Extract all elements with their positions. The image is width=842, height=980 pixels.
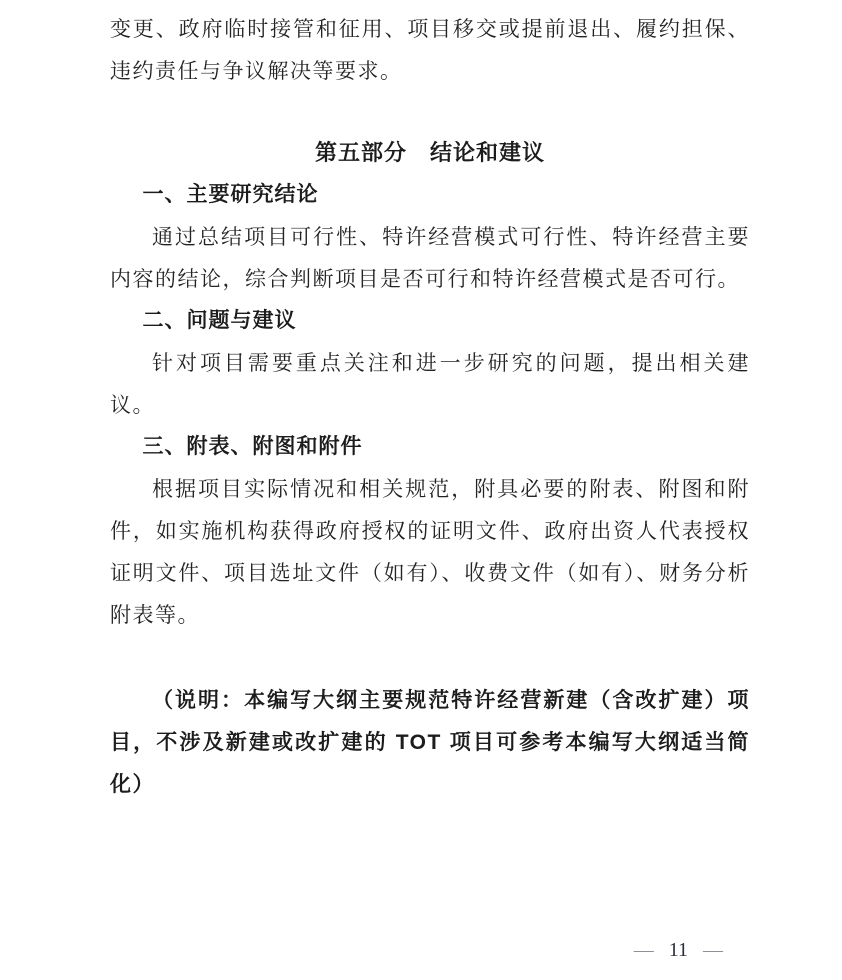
section-body-2: 针对项目需要重点关注和进一步研究的问题，提出相关建议。: [110, 342, 750, 426]
section-heading-1: 一、主要研究结论: [110, 174, 750, 216]
note-paragraph: （说明：本编写大纲主要规范特许经营新建（含改扩建）项目，不涉及新建或改扩建的 T…: [110, 680, 750, 806]
footer-dash-left: —: [634, 939, 654, 961]
section-heading-3: 三、附表、附图和附件: [110, 426, 750, 468]
section-body-1: 通过总结项目可行性、特许经营模式可行性、特许经营主要内容的结论，综合判断项目是否…: [110, 216, 750, 300]
footer-dash-right: —: [703, 939, 723, 961]
document-content: 变更、政府临时接管和征用、项目移交或提前退出、履约担保、违约责任与争议解决等要求…: [110, 8, 750, 806]
section-body-3: 根据项目实际情况和相关规范，附具必要的附表、附图和附件，如实施机构获得政府授权的…: [110, 468, 750, 636]
page-number: 11: [669, 939, 688, 961]
part-title: 第五部分 结论和建议: [110, 132, 750, 174]
section-heading-2: 二、问题与建议: [110, 300, 750, 342]
document-page: 变更、政府临时接管和征用、项目移交或提前退出、履约担保、违约责任与争议解决等要求…: [0, 0, 842, 980]
paragraph-continuation: 变更、政府临时接管和征用、项目移交或提前退出、履约担保、违约责任与争议解决等要求…: [110, 8, 750, 92]
page-footer: — 11 —: [634, 938, 723, 962]
